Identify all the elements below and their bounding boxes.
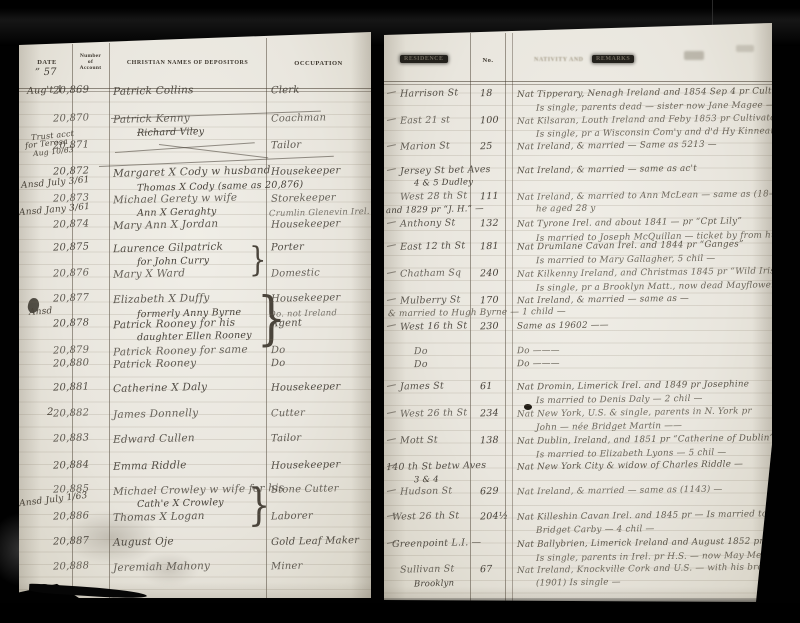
- remarks-line-secondary: (1901) Is single —: [536, 578, 621, 589]
- entry-dash: [387, 298, 396, 301]
- remarks-line: Nat Kilkenny Ireland, and Christmas 1845…: [517, 266, 786, 280]
- remarks-line: Nat Drumlane Cavan Irel. and 1844 pr “Ga…: [517, 240, 744, 253]
- residence: Do: [414, 358, 428, 369]
- account-number: 20,877: [53, 292, 90, 304]
- remarks-line: Nat Ireland, & married to Ann McLean — s…: [517, 189, 782, 203]
- account-no: 61: [480, 380, 493, 391]
- residence: 140 th St betw Aves: [386, 459, 487, 472]
- account-no: 234: [480, 407, 499, 419]
- account-number: 20,879: [53, 344, 90, 356]
- remarks-line: Do ———: [517, 346, 560, 357]
- depositor-name: Catherine X Daly: [113, 380, 207, 394]
- residence: West 16 th St: [400, 320, 468, 333]
- residence-note: 3 & 4: [414, 474, 439, 485]
- account-no: 629: [480, 485, 499, 497]
- remarks-line-secondary: Is single, pr a Wisconsin Com'y and d'd …: [536, 127, 775, 140]
- entry-dash: [387, 324, 396, 327]
- account-number: 20,874: [53, 218, 90, 230]
- pen-brace: }: [248, 480, 271, 531]
- right-page: RESIDENCE No. NATIVITY AND REMARKS Harri…: [384, 23, 772, 602]
- depositor-name: Mary X Ward: [113, 267, 185, 281]
- margin-note: Ansd Jany 3/61: [19, 202, 91, 218]
- occupation: Do: [271, 358, 286, 369]
- scanned-ledger-spread: DATE ” 57 Number of Account CHRISTIAN NA…: [0, 0, 800, 623]
- account-number: 20,881: [53, 381, 90, 393]
- account-number: 20,870: [53, 112, 90, 124]
- account-no: 25: [480, 140, 493, 151]
- account-number: 20,875: [53, 241, 90, 253]
- residence: West 26 th St: [400, 407, 468, 420]
- depositor-name: James Donnelly: [113, 407, 199, 421]
- occupation: Laborer: [271, 511, 313, 523]
- entry-dash: [387, 91, 396, 94]
- header-rule: [384, 84, 772, 85]
- depositor-name: Elizabeth X Duffy: [113, 291, 210, 305]
- pen-flourish: [159, 144, 268, 158]
- account-no: 111: [480, 190, 499, 202]
- depositor-name: Mary Ann X Jordan: [113, 217, 219, 231]
- remarks-line: Nat Ireland, & married — Same as 5213 —: [517, 140, 717, 153]
- depositor-name-secondary: Ann X Geraghty: [137, 206, 217, 219]
- account-no: 181: [480, 240, 499, 252]
- entry-dash: [387, 244, 396, 247]
- remarks-line-secondary: & married to Hugh Byrne — 1 child —: [388, 307, 566, 319]
- occupation: Housekeeper: [271, 218, 341, 231]
- depositor-name-secondary: for John Curry: [137, 255, 209, 268]
- remarks-line: Nat Kilsaran, Louth Ireland and Feby 185…: [517, 113, 780, 127]
- entry-dash: [387, 168, 396, 171]
- remarks-line: Nat Tyrone Irel. and about 1841 — pr “Cp…: [517, 217, 742, 230]
- account-no: 18: [480, 87, 493, 98]
- residence: East 21 st: [400, 114, 450, 126]
- residence: James St: [400, 380, 444, 392]
- remarks-line: Nat Ireland, & married — same as (1143) …: [517, 485, 723, 498]
- account-no: 240: [480, 267, 499, 279]
- remarks-line: Nat Ireland, Knockville Cork and U.S. — …: [517, 562, 799, 576]
- column-header-occupation: OCCUPATION: [271, 60, 366, 67]
- account-number: 20,878: [53, 317, 90, 329]
- entry-dash: [387, 271, 396, 274]
- account-no: 230: [480, 320, 499, 332]
- faint-header-mark: [684, 51, 704, 60]
- remarks-line-secondary: he aged 28 y: [536, 204, 596, 215]
- entry-dash: [387, 489, 396, 492]
- occupation: Housekeeper: [271, 381, 341, 394]
- depositor-name: Thomas X Logan: [113, 509, 205, 523]
- depositor-name: Patrick Rooney for his: [113, 316, 236, 331]
- depositor-name: Edward Cullen: [113, 432, 195, 446]
- depositor-name: Jeremiah Mahony: [113, 559, 210, 573]
- residence: East 12 th St: [400, 240, 466, 252]
- occupation: Stone Cutter: [271, 483, 339, 496]
- remarks-line: Nat Ballybrien, Limerick Ireland and Aug…: [517, 536, 800, 550]
- remarks-line: Do ———: [517, 359, 560, 370]
- entry-dash: [387, 144, 396, 147]
- scanner-bottom-shadow: [0, 598, 800, 623]
- pen-brace: }: [257, 284, 287, 352]
- residence: Mulberry St: [400, 294, 461, 306]
- remarks-line-secondary: Is single, pr a Brooklyn Matt., now dead…: [536, 281, 776, 294]
- column-header-no: No.: [474, 57, 502, 64]
- column-header-date: DATE: [25, 59, 69, 66]
- entry-dash: [387, 438, 396, 441]
- account-number: 20,883: [53, 432, 90, 444]
- margin-note: Aug't 1: [27, 84, 63, 97]
- residence-note: 4 & 5 Dudley: [414, 177, 473, 188]
- account-number: 20,880: [53, 357, 90, 369]
- depositor-name: Margaret X Cody w husband: [113, 164, 271, 180]
- account-no: 132: [480, 217, 499, 229]
- depositor-name: Emma Riddle: [113, 459, 187, 473]
- residence: Sullivan St: [400, 563, 455, 575]
- entry-dash: [387, 221, 396, 224]
- remarks-line-secondary: John — née Bridget Martin ——: [536, 421, 682, 433]
- residence: West 26 th St: [392, 510, 460, 523]
- occupation: Porter: [271, 242, 304, 254]
- account-number: 20,888: [53, 560, 90, 572]
- remarks-line-secondary: Is married to Elizabeth Lyons — 5 chil —: [536, 448, 726, 461]
- account-no: 100: [480, 114, 499, 126]
- residence: Do: [414, 345, 428, 356]
- account-no: 138: [480, 434, 499, 446]
- residence: Harrison St: [400, 87, 459, 99]
- remarks-line: Nat Ireland, & married — same as —: [517, 294, 689, 306]
- residence: Marion St: [400, 140, 450, 152]
- remarks-line-secondary: Is married to Denis Daly — 2 chil —: [536, 394, 703, 406]
- column-header-number-line3: Account: [72, 65, 109, 71]
- occupation: Housekeeper: [271, 165, 341, 178]
- account-number: 20,884: [53, 459, 90, 471]
- remarks-line: Nat New York, U.S. & single, parents in …: [517, 407, 752, 420]
- occupation: Coachman: [271, 112, 326, 124]
- margin-note: Ansd: [29, 306, 53, 318]
- occupation: Gold Leaf Maker: [271, 535, 359, 548]
- remarks-line: Nat New York City & widow of Charles Rid…: [517, 460, 743, 473]
- remarks-line: Nat Dublin, Ireland, and 1851 pr “Cather…: [517, 433, 774, 447]
- occupation: Storekeeper: [271, 192, 336, 204]
- column-header-residence: RESIDENCE: [400, 55, 448, 63]
- account-number: 20,886: [53, 510, 90, 522]
- column-header-remarks: REMARKS: [592, 55, 634, 63]
- account-no: 170: [480, 294, 499, 306]
- entry-dash: [387, 384, 396, 387]
- account-no: 67: [480, 563, 493, 574]
- column-header-names: CHRISTIAN NAMES OF DEPOSITORS: [111, 60, 264, 66]
- date-year-note: ” 57: [35, 67, 57, 78]
- depositor-name-secondary: daughter Ellen Rooney: [137, 329, 252, 343]
- residence: Greenpoint L.I. —: [392, 536, 482, 549]
- pen-brace: }: [249, 240, 266, 280]
- residence: Chatham Sq: [400, 267, 462, 279]
- remarks-line: Same as 19602 ——: [517, 321, 609, 332]
- occupation: Cutter: [271, 408, 305, 420]
- faint-header-mark: [736, 45, 754, 52]
- header-rule: [384, 81, 772, 82]
- occupation: Tailor: [271, 433, 302, 445]
- remarks-line-secondary: Is single, parents dead — sister now Jan…: [536, 101, 775, 114]
- remarks-line: Nat Killeshin Cavan Irel. and 1845 pr — …: [517, 509, 767, 522]
- occupation: Housekeeper: [271, 459, 341, 472]
- occupation: Miner: [271, 561, 303, 573]
- residence: Jersey St bet Aves: [400, 163, 491, 176]
- account-number: 20,887: [53, 535, 90, 547]
- remarks-line-secondary: Is married to Mary Gallagher, 5 chil —: [536, 254, 715, 267]
- account-no: 204½: [480, 510, 509, 522]
- residence: Hudson St: [400, 485, 453, 497]
- occupation: Tailor: [271, 140, 302, 152]
- depositor-name: Laurence Gilpatrick: [113, 240, 223, 254]
- remarks-line: Nat Tipperary, Nenagh Ireland and 1854 S…: [517, 86, 799, 100]
- account-number: 20,882: [53, 407, 90, 419]
- entry-dash: [387, 118, 396, 121]
- margin-note: 2: [47, 407, 54, 418]
- remarks-line: Nat Ireland, & married — same as ac't: [517, 164, 697, 177]
- residence: Mott St: [400, 434, 438, 446]
- residence-note: Brooklyn: [414, 578, 455, 589]
- depositor-name-secondary: Cath'e X Crowley: [137, 497, 224, 510]
- left-page: DATE ” 57 Number of Account CHRISTIAN NA…: [19, 32, 371, 598]
- residence: Anthony St: [400, 217, 456, 229]
- depositor-name: Patrick Rooney: [113, 357, 197, 371]
- remarks-line: Nat Dromin, Limerick Irel. and 1849 pr J…: [517, 380, 749, 393]
- depositor-name: Patrick Rooney for same: [113, 343, 248, 358]
- account-number: 20,876: [53, 267, 90, 279]
- remarks-line-secondary: Bridget Carby — 4 chil —: [536, 524, 655, 536]
- occupation: Clerk: [271, 85, 300, 97]
- entry-dash: [387, 411, 396, 414]
- occupation: Domestic: [271, 267, 320, 279]
- residence-note: and 1829 pr “J. H.” —: [386, 203, 484, 215]
- column-header-remarks-prefix: NATIVITY AND: [534, 57, 584, 63]
- depositor-name: Michael Gerety w wife: [113, 191, 237, 206]
- occupation-secondary: Crumlin Glenevin Irel.: [269, 206, 370, 218]
- margin-note: Ansd July 3/61: [21, 175, 90, 191]
- residence: West 28 th St: [400, 190, 468, 203]
- depositor-name: Patrick Collins: [113, 84, 194, 98]
- depositor-name: August Oje: [113, 535, 174, 548]
